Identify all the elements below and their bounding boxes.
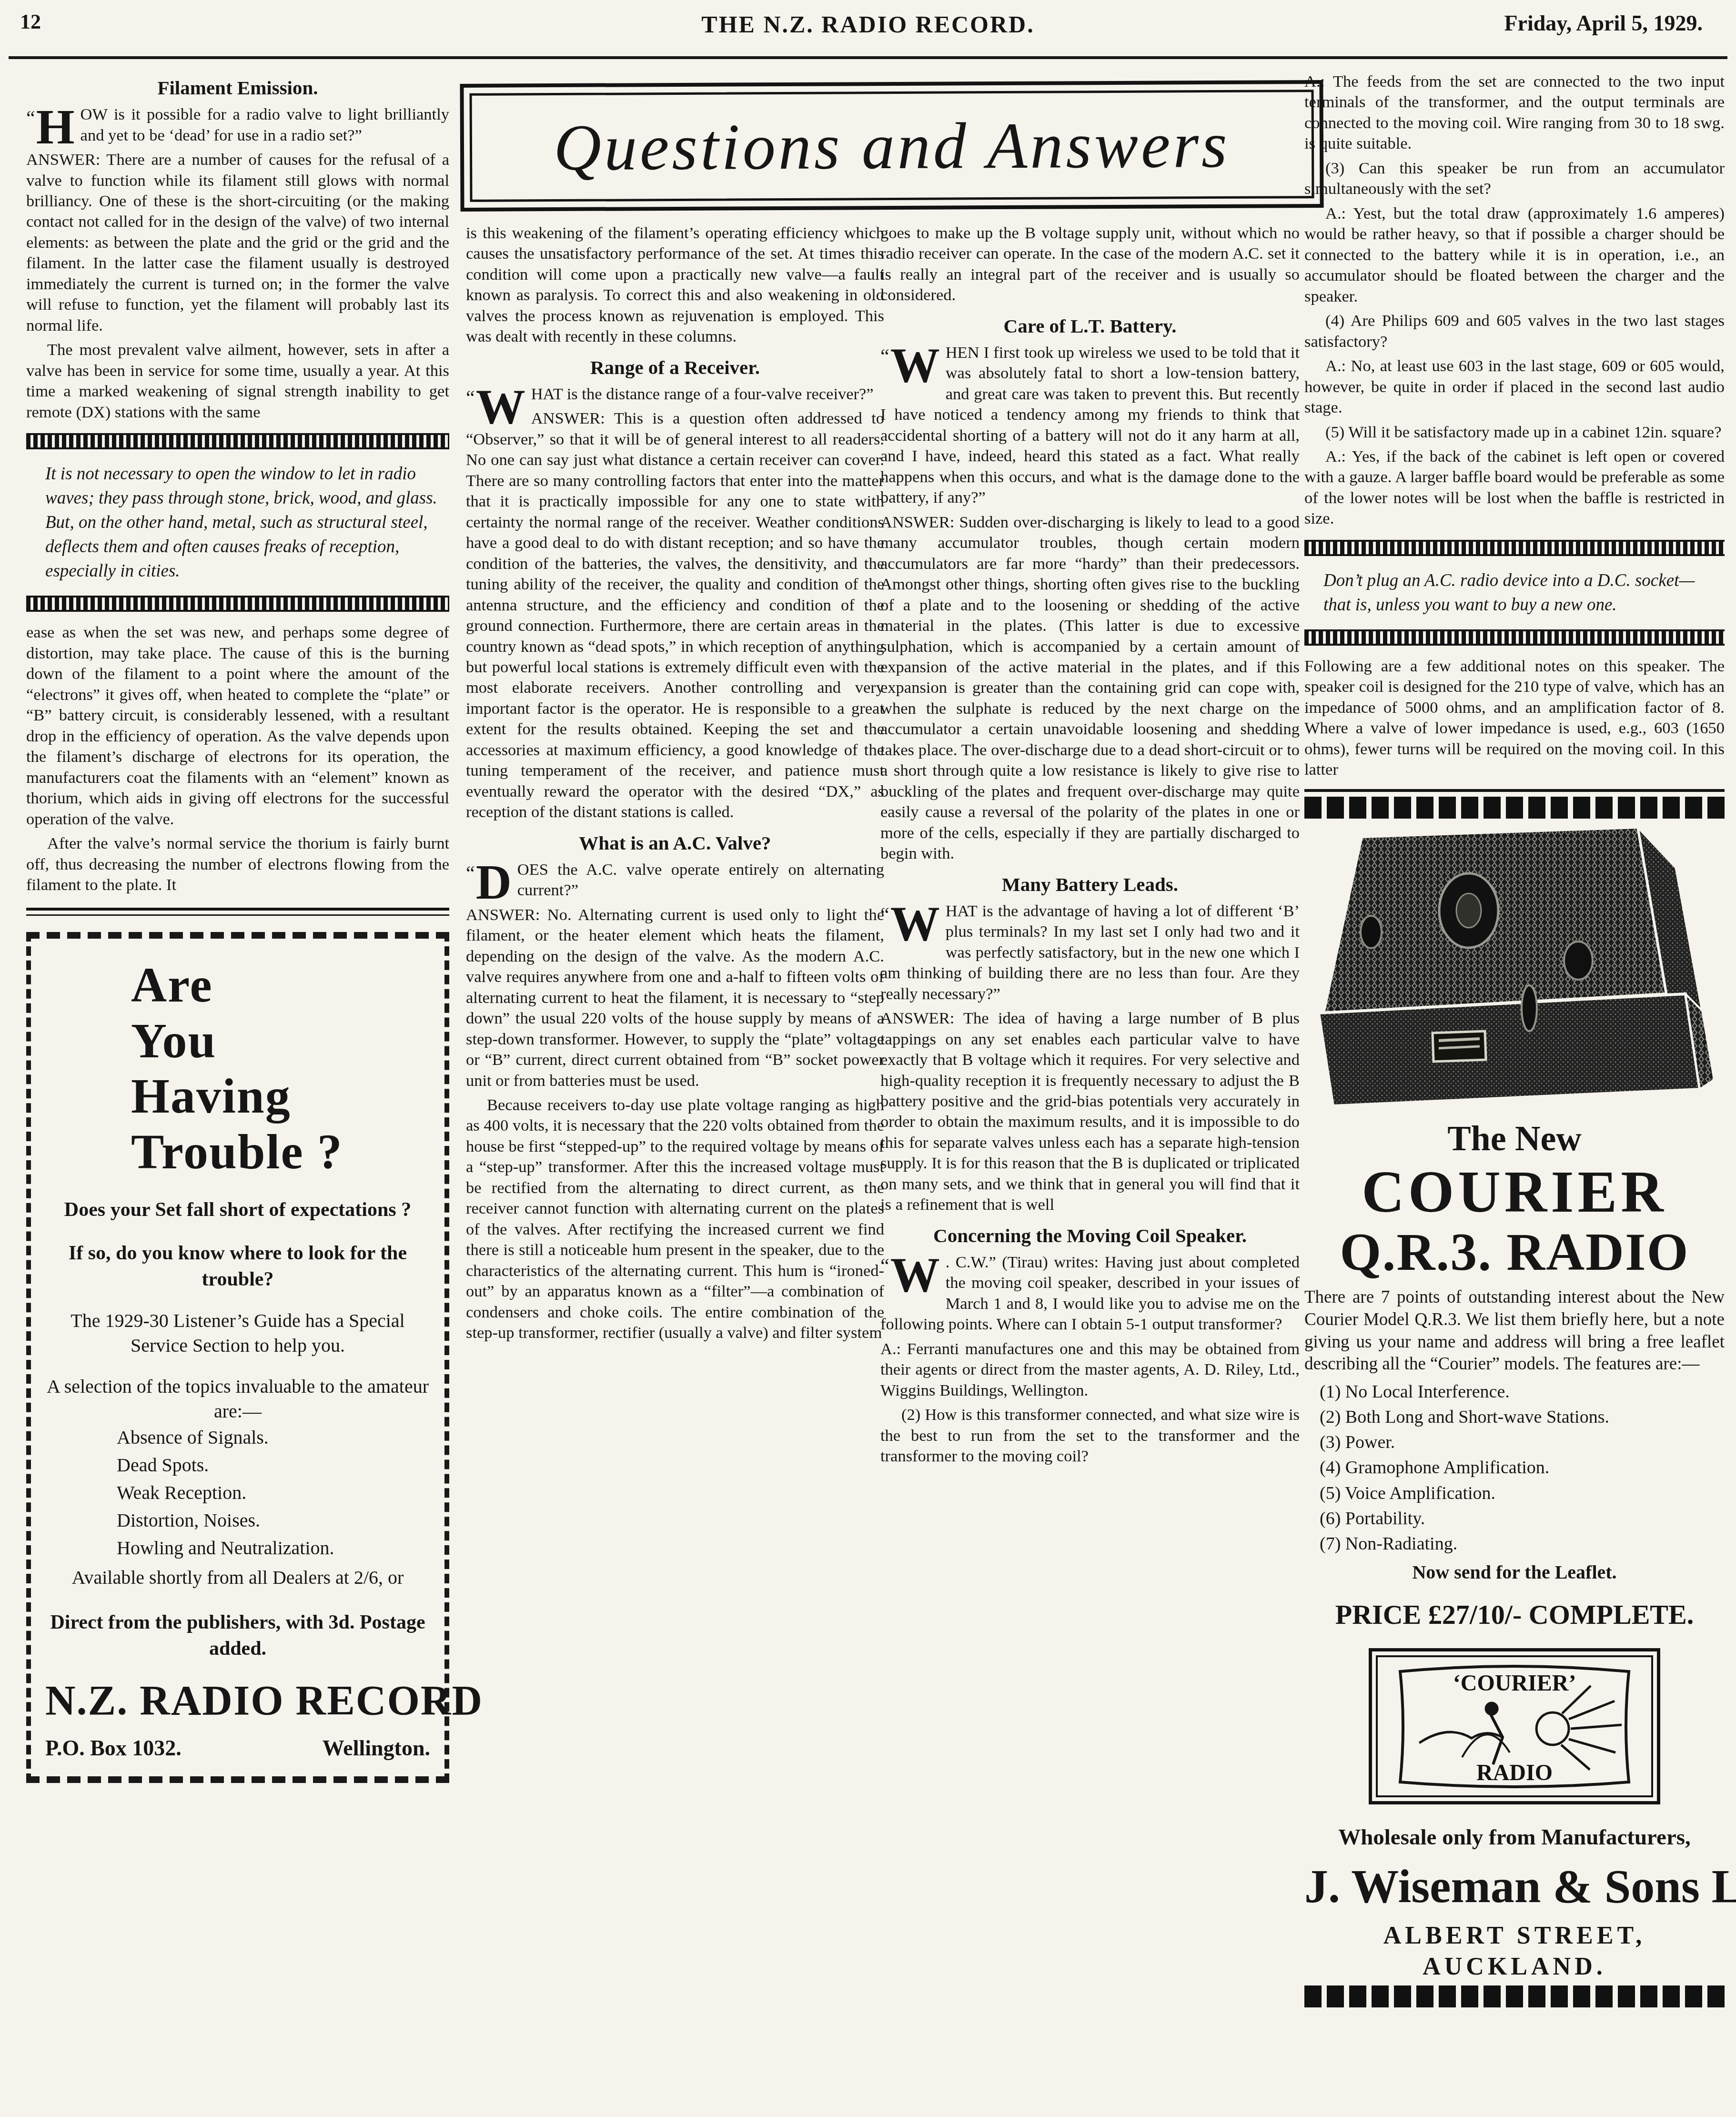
heading-lt-battery: Care of L.T. Battery. <box>880 315 1300 337</box>
answer-3: A.: Yest, but the total draw (approximat… <box>1304 203 1725 307</box>
ad-body-2: A selection of the topics invaluable to … <box>45 1374 430 1424</box>
ad-topic: Howling and Neutralization. <box>45 1534 430 1562</box>
decorative-rule <box>26 596 449 612</box>
ad-subtitle-1: Does your Set fall short of expectations… <box>45 1197 430 1223</box>
dropcap-H: H <box>35 104 81 147</box>
question-lt-battery: “WHEN I first took up wireless we used t… <box>880 343 1300 508</box>
double-rule <box>26 908 449 916</box>
question-5: (5) Will it be satisfactory made up in a… <box>1304 422 1725 443</box>
ad-subtitle-2: If so, do you know where to look for the… <box>45 1240 430 1292</box>
question-ac-valve: “DOES the A.C. valve operate entirely on… <box>466 860 884 901</box>
courier-feature: (6) Portability. <box>1304 1506 1725 1531</box>
ad-contact: P.O. Box 1032. Wellington. <box>45 1734 430 1762</box>
questions-answers-banner-inner: Questions and Answers <box>470 90 1314 202</box>
question-4: (4) Are Philips 609 and 605 valves in th… <box>1304 311 1725 352</box>
question-battery-leads: “WHAT is the advantage of having a lot o… <box>880 901 1300 1004</box>
answer-ac-valve-2: Because receivers to-day use plate volta… <box>466 1095 884 1344</box>
courier-firm: J. Wiseman & Sons Ltd. <box>1304 1856 1725 1916</box>
speaker-photo <box>1304 822 1725 1108</box>
paper-title: THE N.Z. RADIO RECORD. <box>0 10 1736 38</box>
lead-quote: “ <box>26 104 35 130</box>
courier-logo-top-text: ‘COURIER’ <box>1453 1671 1576 1696</box>
issue-date: Friday, April 5, 1929. <box>1504 10 1703 36</box>
ad-title-line: Trouble ? <box>45 1124 430 1180</box>
heading-filament-emission: Filament Emission. <box>26 77 449 99</box>
question-moving-coil: “W. C.W.” (Tirau) writes: Having just ab… <box>880 1252 1300 1335</box>
heading-battery-leads: Many Battery Leads. <box>880 874 1300 895</box>
courier-logo-bottom-text: RADIO <box>1476 1760 1553 1785</box>
courier-wholesale: Wholesale only from Manufacturers, <box>1304 1823 1725 1852</box>
dropcap-D: D <box>475 860 517 902</box>
heading-moving-coil: Concerning the Moving Coil Speaker. <box>880 1225 1300 1246</box>
answer-4: A.: No, at least use 603 in the last sta… <box>1304 356 1725 418</box>
courier-feature: (5) Voice Amplification. <box>1304 1481 1725 1506</box>
ad-topic: Dead Spots. <box>45 1451 430 1479</box>
courier-feature: (1) No Local Interference. <box>1304 1379 1725 1405</box>
courier-model: Q.R.3. RADIO <box>1304 1223 1725 1282</box>
italic-note-radio-waves: It is not necessary to open the window t… <box>26 460 449 585</box>
answer-filament-4: After the valve’s normal service the tho… <box>26 833 449 895</box>
decorative-rule <box>1304 629 1725 646</box>
ad-body-1: The 1929-30 Listener’s Guide has a Speci… <box>45 1308 430 1358</box>
question-3: (3) Can this speaker be run from an accu… <box>1304 158 1725 200</box>
ad-title-line: You <box>45 1013 430 1069</box>
courier-radio-ad: The New COURIER Q.R.3. RADIO There are 7… <box>1304 789 1725 2007</box>
answer-ac-valve-1: ANSWER: No. Alternating current is used … <box>466 905 884 1091</box>
courier-city: AUCKLAND. <box>1304 1951 1725 1983</box>
column-3: goes to make up the B voltage supply uni… <box>880 223 1300 1471</box>
answer-battery-leads: ANSWER: The idea of having a large numbe… <box>880 1008 1300 1216</box>
courier-logo: ‘COURIER’ RADIO <box>1369 1648 1660 1804</box>
dropcap-W: W <box>889 343 946 385</box>
courier-feature: (2) Both Long and Short-wave Stations. <box>1304 1405 1725 1430</box>
courier-send-leaflet: Now send for the Leaflet. <box>1304 1560 1725 1584</box>
rule <box>1304 789 1725 792</box>
answer-filament-3: ease as when the set was new, and perhap… <box>26 622 449 830</box>
newspaper-page: 12 THE N.Z. RADIO RECORD. Friday, April … <box>0 0 1736 2117</box>
para-weakening: is this weakening of the filament’s oper… <box>466 223 884 347</box>
courier-feature: (4) Gramophone Amplification. <box>1304 1455 1725 1480</box>
dropcap-W: W <box>475 384 531 427</box>
answer-range: ANSWER: This is a question often address… <box>466 408 884 822</box>
courier-price: PRICE £27/10/- COMPLETE. <box>1304 1597 1725 1632</box>
italic-note-ac-dc: Don’t plug an A.C. radio device into a D… <box>1304 567 1725 619</box>
answer-filament-2: The most prevalent valve ailment, howeve… <box>26 340 449 423</box>
column-1: Filament Emission. “HOW is it possible f… <box>26 68 449 1783</box>
heading-ac-valve: What is an A.C. Valve? <box>466 832 884 854</box>
answer-feeds: A.: The feeds from the set are connected… <box>1304 71 1725 154</box>
ad-direct: Direct from the publishers, with 3d. Pos… <box>45 1610 430 1661</box>
block-square-rule <box>1304 797 1725 819</box>
answer-moving-coil-1: A.: Ferranti manufactures one and this m… <box>880 1339 1300 1401</box>
courier-body: There are 7 points of outstanding intere… <box>1304 1286 1725 1375</box>
heading-range-of-receiver: Range of a Receiver. <box>466 357 884 378</box>
ad-topic: Absence of Signals. <box>45 1424 430 1451</box>
courier-feature: (7) Non-Radiating. <box>1304 1531 1725 1557</box>
question-moving-coil-2: (2) How is this transformer connected, a… <box>880 1405 1300 1467</box>
courier-the-new: The New <box>1304 1117 1725 1161</box>
ad-city: Wellington. <box>323 1734 430 1762</box>
courier-street: ALBERT STREET, <box>1304 1920 1725 1952</box>
questions-answers-banner: Questions and Answers <box>460 80 1323 212</box>
dropcap-W: W <box>889 901 946 944</box>
block-square-rule <box>1304 1985 1725 2007</box>
dropcap-W: W <box>889 1252 946 1295</box>
answer-filament-1: ANSWER: There are a number of causes for… <box>26 150 449 336</box>
answer-lt-battery: ANSWER: Sudden over-discharging is likel… <box>880 512 1300 864</box>
answer-5: A.: Yes, if the back of the cabinet is l… <box>1304 446 1725 529</box>
decorative-rule <box>1304 540 1725 556</box>
ad-topic: Weak Reception. <box>45 1479 430 1507</box>
ad-title-line: Are <box>45 958 430 1013</box>
listeners-guide-ad: Are You Having Trouble ? Does your Set f… <box>26 932 449 1783</box>
courier-name: COURIER <box>1304 1161 1725 1223</box>
column-2: is this weakening of the filament’s oper… <box>466 223 884 1347</box>
para-additional-notes: Following are a few additional notes on … <box>1304 656 1725 780</box>
column-4: A.: The feeds from the set are connected… <box>1304 71 1725 2010</box>
para-b-voltage: goes to make up the B voltage supply uni… <box>880 223 1300 306</box>
ad-po-box: P.O. Box 1032. <box>45 1734 182 1762</box>
masthead-rule <box>9 56 1727 59</box>
ad-brand: N.Z. RADIO RECORD <box>45 1675 430 1728</box>
ad-availability: Available shortly from all Dealers at 2/… <box>45 1565 430 1590</box>
ad-title-line: Having <box>45 1069 430 1124</box>
question-filament: “HOW is it possible for a radio valve to… <box>26 104 449 146</box>
questions-answers-title: Questions and Answers <box>554 106 1230 185</box>
question-range: “WHAT is the distance range of a four-va… <box>466 384 884 405</box>
courier-feature: (3) Power. <box>1304 1430 1725 1455</box>
decorative-rule <box>26 433 449 449</box>
ad-topic: Distortion, Noises. <box>45 1507 430 1534</box>
